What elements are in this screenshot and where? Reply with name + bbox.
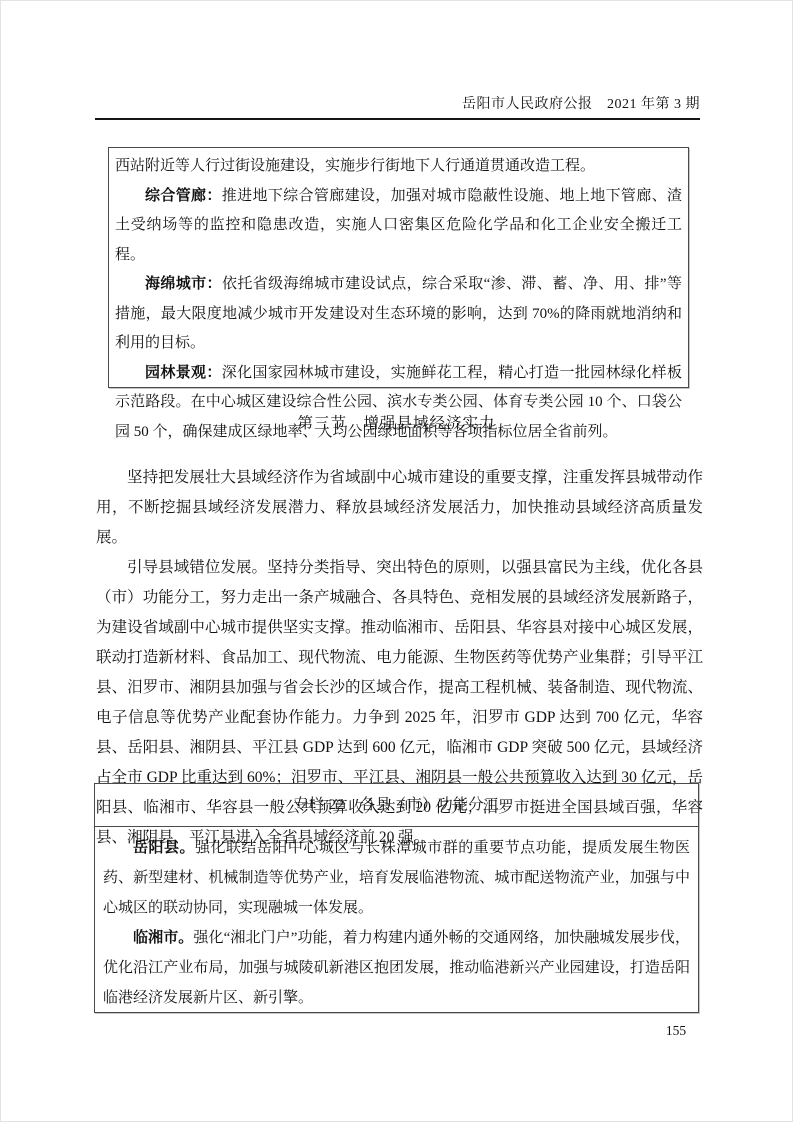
infobox-urban-construction: 西站附近等人行过街设施建设，实施步行街地下人行通道贯通改造工程。 综合管廊：推进…: [108, 147, 689, 388]
infobox-paragraph-label: 园林景观：: [145, 365, 222, 381]
infobox-paragraph-label: 综合管廊：: [145, 188, 222, 204]
column-box-paragraph: 岳阳县。强化联结岳阳中心城区与长株潭城市群的重要节点功能，提质发展生物医药、新型…: [103, 833, 690, 923]
header-rule: [95, 118, 700, 120]
infobox-paragraph: 西站附近等人行过街设施建设，实施步行街地下人行通道贯通改造工程。: [115, 152, 682, 182]
section-heading: 第三节 增强县域经济实力: [1, 411, 792, 433]
page-number: 155: [656, 1023, 696, 1039]
column-box-paragraph-label: 临湘市。: [133, 930, 193, 946]
infobox-paragraph: 海绵城市：依托省级海绵城市建设试点，综合采取“渗、滞、蓄、净、用、排”等措施，最…: [115, 270, 682, 359]
column-box-22: 专栏 22 各县（市）功能分工 岳阳县。强化联结岳阳中心城区与长株潭城市群的重要…: [94, 783, 699, 1013]
infobox-paragraph: 综合管廊：推进地下综合管廊建设，加强对城市隐蔽性设施、地上地下管廊、渣土受纳场等…: [115, 182, 682, 271]
column-box-paragraph: 临湘市。强化“湘北门户”功能，着力构建内通外畅的交通网络，加快融城发展步伐，优化…: [103, 923, 690, 1013]
body-paragraph: 坚持把发展壮大县域经济作为省域副中心城市建设的重要支撑，注重发挥县城带动作用，不…: [96, 463, 703, 553]
column-box-body: 岳阳县。强化联结岳阳中心城区与长株潭城市群的重要节点功能，提质发展生物医药、新型…: [95, 827, 698, 1013]
infobox-paragraph: 园林景观：深化国家园林城市建设，实施鲜花工程，精心打造一批园林绿化样板示范路段。…: [115, 359, 682, 448]
infobox-paragraph-text: 西站附近等人行过街设施建设，实施步行街地下人行通道贯通改造工程。: [115, 158, 595, 174]
running-header-title: 岳阳市人民政府公报 2021 年第 3 期: [462, 93, 700, 113]
gazette-page: 岳阳市人民政府公报 2021 年第 3 期 西站附近等人行过街设施建设，实施步行…: [0, 0, 793, 1122]
column-box-title: 专栏 22 各县（市）功能分工: [95, 784, 698, 827]
infobox-paragraph-label: 海绵城市：: [145, 276, 222, 292]
column-box-paragraph-label: 岳阳县。: [133, 840, 195, 856]
